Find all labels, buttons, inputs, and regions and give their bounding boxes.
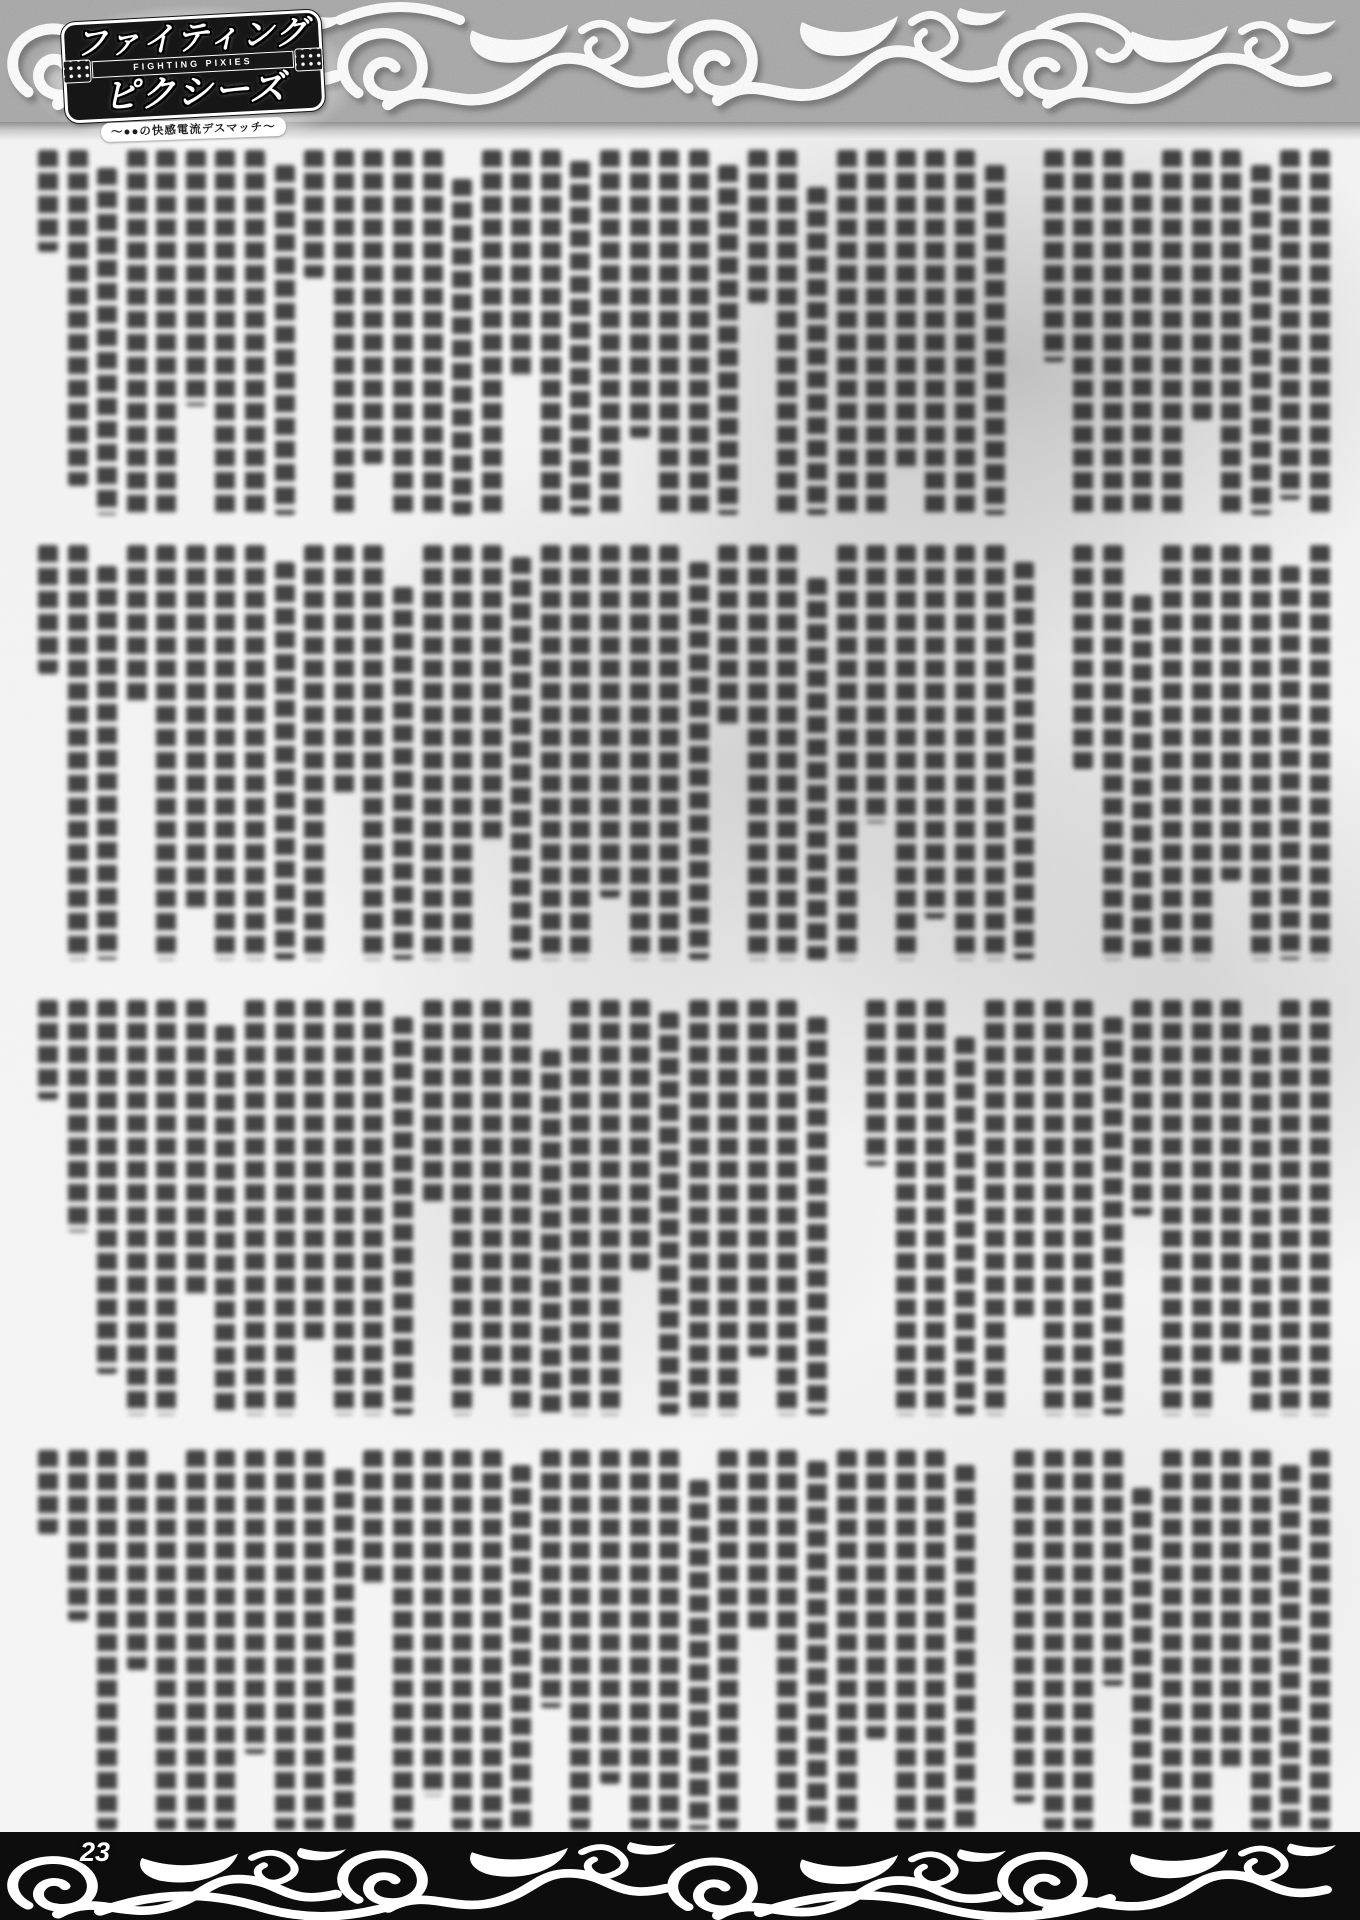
redacted-text-column [156, 545, 176, 960]
redacted-text-column [1132, 545, 1152, 960]
redacted-text-column [748, 1000, 768, 1415]
redacted-text-column [866, 150, 886, 515]
redacted-text-column [423, 1000, 443, 1415]
redacted-text-column [1192, 545, 1212, 960]
redacted-text-column [1073, 1000, 1093, 1415]
logo-banner-text: FIGHTING PIXIES [133, 56, 253, 72]
redacted-text-column [482, 150, 502, 515]
redacted-text-column [304, 1000, 324, 1415]
redacted-text-column [1310, 150, 1330, 515]
redacted-text-column [896, 545, 916, 960]
redacted-text-column [985, 1000, 1005, 1415]
redacted-text-column [1280, 1450, 1300, 1830]
redacted-text-column [393, 150, 413, 515]
redacted-text-column [511, 545, 531, 960]
redacted-text-column [630, 1450, 650, 1830]
redacted-text-column [1132, 150, 1152, 515]
redacted-text-column [1280, 1000, 1300, 1415]
redacted-text-column [393, 545, 413, 960]
redacted-text-column [896, 1000, 916, 1415]
redacted-text-column [511, 1450, 531, 1830]
redacted-text-column [1044, 1450, 1064, 1830]
redacted-text-column [600, 1000, 620, 1415]
redacted-text-column [689, 545, 709, 960]
redacted-text-column [97, 1450, 117, 1830]
redacted-text-column [1014, 545, 1034, 960]
redacted-text-column [1221, 150, 1241, 515]
redacted-text-column [659, 545, 679, 960]
text-band-1-redacted [38, 150, 1330, 515]
redacted-text-column [304, 545, 324, 960]
redacted-text-column [1073, 150, 1093, 515]
redacted-text-column [452, 1000, 472, 1415]
redacted-text-column [748, 1450, 768, 1830]
redacted-text-column [925, 1450, 945, 1830]
tribal-swirl-ornament-bottom [0, 1832, 1360, 1920]
redacted-text-column [68, 1000, 88, 1415]
redacted-text-column [689, 1000, 709, 1415]
redacted-text-column [777, 1450, 797, 1830]
redacted-text-column [334, 1450, 354, 1830]
page-number: 23 [80, 1837, 110, 1868]
redacted-text-column [363, 1450, 383, 1830]
redacted-text-column [570, 545, 590, 960]
redacted-text-column [186, 1000, 206, 1415]
redacted-text-column [186, 1450, 206, 1830]
redacted-text-column [452, 545, 472, 960]
redacted-text-column [807, 1000, 827, 1415]
redacted-text-column [541, 1450, 561, 1830]
redacted-text-column [1251, 150, 1271, 515]
redacted-text-column [630, 1000, 650, 1415]
redacted-text-column [275, 1450, 295, 1830]
redacted-text-column [866, 545, 886, 960]
redacted-text-column [955, 1000, 975, 1415]
redacted-text-column [807, 150, 827, 515]
redacted-text-column [1162, 1000, 1182, 1415]
redacted-text-column [896, 1450, 916, 1830]
redacted-text-column [245, 1450, 265, 1830]
redacted-text-column [334, 545, 354, 960]
banner-dots-right-icon [294, 47, 323, 71]
redacted-text-column [718, 1000, 738, 1415]
redacted-text-column [156, 1000, 176, 1415]
redacted-text-column [1073, 545, 1093, 960]
redacted-text-column [1251, 1000, 1271, 1415]
redacted-text-column [748, 545, 768, 960]
redacted-text-column [1192, 1450, 1212, 1830]
redacted-text-column [1221, 1000, 1241, 1415]
redacted-text-column [1014, 1450, 1034, 1830]
redacted-text-column [807, 1450, 827, 1830]
redacted-text-column [304, 150, 324, 515]
redacted-text-column [363, 1000, 383, 1415]
redacted-text-column [1221, 545, 1241, 960]
redacted-text-column [68, 150, 88, 515]
logo-plate: ファイティング FIGHTING PIXIES ピクシーズ [60, 9, 325, 124]
redacted-text-column [245, 545, 265, 960]
redacted-text-column [1221, 1450, 1241, 1830]
redacted-text-column [1162, 545, 1182, 960]
text-band-2-redacted [38, 545, 1330, 960]
redacted-text-column [97, 150, 117, 515]
redacted-text-column [452, 150, 472, 515]
redacted-text-column [156, 1450, 176, 1830]
redacted-text-column [955, 150, 975, 515]
redacted-text-column [570, 1000, 590, 1415]
column-gap [1044, 545, 1064, 960]
column-gap [837, 1000, 857, 1415]
redacted-text-column [1280, 545, 1300, 960]
redacted-text-column [689, 1450, 709, 1830]
redacted-text-column [1103, 545, 1123, 960]
redacted-text-column [896, 150, 916, 515]
redacted-text-column [275, 545, 295, 960]
redacted-text-column [541, 545, 561, 960]
redacted-text-column [38, 545, 58, 960]
redacted-text-column [630, 150, 650, 515]
redacted-text-column [1310, 545, 1330, 960]
scanned-novel-page: ファイティング FIGHTING PIXIES ピクシーズ ～●●の快感電流デス… [0, 0, 1360, 1920]
redacted-text-column [334, 1000, 354, 1415]
redacted-text-column [68, 545, 88, 960]
redacted-text-column [777, 150, 797, 515]
redacted-text-column [511, 150, 531, 515]
redacted-text-column [1192, 1000, 1212, 1415]
redacted-text-column [600, 545, 620, 960]
redacted-text-column [659, 1000, 679, 1415]
redacted-text-column [925, 150, 945, 515]
redacted-text-column [600, 1450, 620, 1830]
redacted-text-column [97, 1000, 117, 1415]
redacted-text-column [127, 150, 147, 515]
redacted-text-column [1251, 545, 1271, 960]
redacted-text-column [38, 1000, 58, 1415]
redacted-text-column [1103, 150, 1123, 515]
redacted-text-column [541, 1000, 561, 1415]
column-gap [1014, 150, 1034, 515]
redacted-text-column [600, 150, 620, 515]
redacted-text-column [925, 545, 945, 960]
redacted-text-column [777, 545, 797, 960]
text-band-4-redacted [38, 1450, 1330, 1830]
redacted-text-column [866, 1000, 886, 1415]
redacted-text-column [482, 1450, 502, 1830]
redacted-text-column [570, 1450, 590, 1830]
redacted-text-column [1251, 1450, 1271, 1830]
redacted-text-column [393, 1000, 413, 1415]
redacted-text-column [777, 1000, 797, 1415]
redacted-text-column [215, 1000, 235, 1415]
redacted-text-column [659, 150, 679, 515]
redacted-text-column [837, 1450, 857, 1830]
redacted-text-column [689, 150, 709, 515]
redacted-text-column [68, 1450, 88, 1830]
redacted-text-column [215, 150, 235, 515]
redacted-text-column [659, 1450, 679, 1830]
redacted-text-column [363, 545, 383, 960]
redacted-text-column [1044, 150, 1064, 515]
redacted-text-column [718, 1450, 738, 1830]
column-gap [985, 1450, 1005, 1830]
redacted-text-column [1044, 1000, 1064, 1415]
redacted-text-column [1310, 1000, 1330, 1415]
redacted-text-column [334, 150, 354, 515]
redacted-text-column [1310, 1450, 1330, 1830]
redacted-text-column [837, 545, 857, 960]
redacted-text-column [718, 545, 738, 960]
redacted-text-column [570, 150, 590, 515]
redacted-text-column [807, 545, 827, 960]
redacted-text-column [1162, 1450, 1182, 1830]
redacted-text-column [1192, 150, 1212, 515]
redacted-text-column [630, 545, 650, 960]
redacted-text-column [1162, 150, 1182, 515]
redacted-text-column [837, 150, 857, 515]
redacted-text-column [482, 1000, 502, 1415]
redacted-text-column [1132, 1000, 1152, 1415]
redacted-text-column [1014, 1000, 1034, 1415]
redacted-text-column [275, 150, 295, 515]
series-logo: ファイティング FIGHTING PIXIES ピクシーズ ～●●の快感電流デス… [48, 10, 338, 148]
redacted-text-column [955, 545, 975, 960]
redacted-text-column [718, 150, 738, 515]
redacted-text-column [423, 545, 443, 960]
redacted-text-column [985, 150, 1005, 515]
redacted-text-column [156, 150, 176, 515]
redacted-text-column [127, 1000, 147, 1415]
redacted-text-column [304, 1450, 324, 1830]
redacted-text-column [1103, 1000, 1123, 1415]
redacted-text-column [127, 545, 147, 960]
redacted-text-column [363, 150, 383, 515]
redacted-text-column [186, 545, 206, 960]
redacted-text-column [1280, 150, 1300, 515]
redacted-text-column [748, 150, 768, 515]
redacted-text-column [1132, 1450, 1152, 1830]
redacted-text-column [452, 1450, 472, 1830]
redacted-text-column [511, 1000, 531, 1415]
banner-dots-left-icon [62, 59, 91, 83]
redacted-text-column [245, 1000, 265, 1415]
redacted-text-column [985, 545, 1005, 960]
redacted-text-column [215, 1450, 235, 1830]
redacted-text-column [1103, 1450, 1123, 1830]
redacted-text-column [1073, 1450, 1093, 1830]
redacted-text-column [482, 545, 502, 960]
redacted-text-column [423, 1450, 443, 1830]
redacted-text-column [38, 1450, 58, 1830]
redacted-text-column [275, 1000, 295, 1415]
redacted-text-column [186, 150, 206, 515]
redacted-text-column [925, 1000, 945, 1415]
bottom-ornament-band: 23 [0, 1832, 1360, 1920]
redacted-text-column [955, 1450, 975, 1830]
redacted-text-column [97, 545, 117, 960]
redacted-text-column [127, 1450, 147, 1830]
redacted-text-column [541, 150, 561, 515]
redacted-text-column [38, 150, 58, 515]
redacted-text-column [393, 1450, 413, 1830]
redacted-text-column [423, 150, 443, 515]
redacted-text-column [215, 545, 235, 960]
redacted-text-column [866, 1450, 886, 1830]
redacted-text-column [245, 150, 265, 515]
text-band-3-redacted [38, 1000, 1330, 1415]
